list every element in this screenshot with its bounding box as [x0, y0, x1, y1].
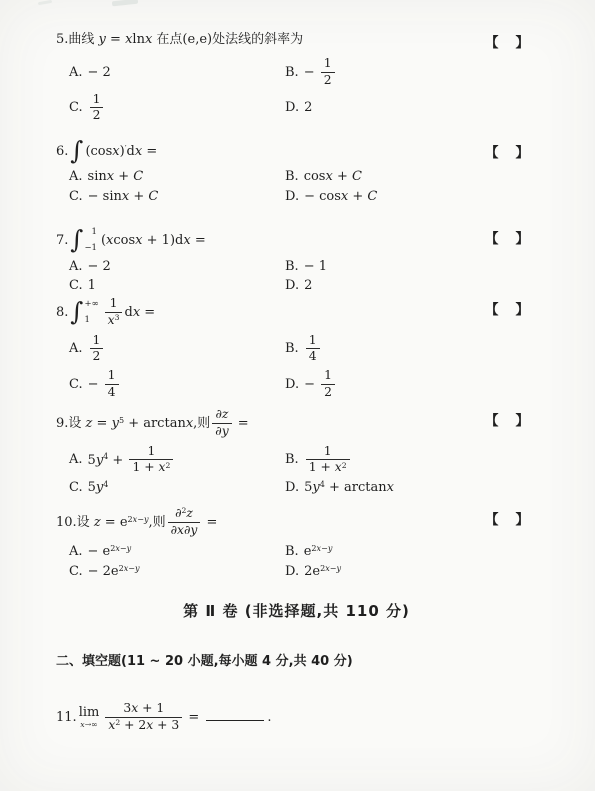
question-7: 7.∫1−1(xcosx + 1)dx = 【 】 A.− 2 B.− 1 C.… — [56, 226, 537, 293]
bracket-close-icon: 】 — [516, 31, 530, 51]
integral: ∫ — [70, 140, 83, 163]
option-label: C. — [69, 189, 83, 204]
option-a: A.− 2 — [69, 259, 285, 274]
option-a: A.12 — [69, 334, 285, 365]
option-c: C.− 2e2x−y — [69, 564, 285, 579]
question-stem: 8.∫+∞11x3dx = — [56, 297, 155, 328]
option-label: C. — [69, 564, 83, 579]
option-formula: 2e2x−y — [304, 564, 341, 579]
question-head: 5.曲线 y = xlnx 在点(e,e)处法线的斜率为 【 】 — [56, 30, 537, 51]
option-b: B.− 12 — [285, 57, 537, 88]
option-a: A.− e2x−y — [69, 544, 285, 559]
option-formula: sinx + C — [88, 169, 144, 184]
question-stem: 5.曲线 y = xlnx 在点(e,e)处法线的斜率为 — [56, 30, 303, 50]
option-label: B. — [285, 259, 299, 274]
options: A.− 2 B.− 1 C.1 D.2 — [56, 259, 537, 293]
fraction: 1x3 — [105, 297, 123, 328]
bracket-close-icon: 】 — [516, 409, 530, 429]
limit: limx→∞ — [79, 706, 100, 729]
fraction: 14 — [105, 369, 119, 400]
fill-in-section-heading: 二、填空题(11 ~ 20 小题,每小题 4 分,共 40 分) — [56, 650, 353, 669]
option-label: D. — [285, 564, 299, 579]
option-label: D. — [285, 100, 299, 115]
option-a: A.− 2 — [69, 65, 285, 80]
option-c: C.1 — [69, 278, 285, 293]
option-label: B. — [285, 65, 299, 80]
option-label: B. — [285, 452, 299, 467]
question-8: 8.∫+∞11x3dx = 【 】 A.12 B.14 C.− 14 D.− 1… — [56, 297, 537, 400]
option-formula: 2 — [304, 278, 312, 293]
integral: ∫1−1 — [70, 226, 99, 255]
fraction: 3x + 1x2 + 2x + 3 — [105, 702, 182, 733]
answer-brackets: 【 】 — [485, 141, 537, 161]
question-head: 8.∫+∞11x3dx = 【 】 — [56, 297, 537, 328]
option-c: C.− sinx + C — [69, 189, 285, 204]
bracket-open-icon: 【 — [485, 409, 499, 429]
options: A.5y4 + 11 + x2 B.11 + x2 C.5y4 D.5y4 + … — [56, 445, 537, 496]
option-formula: 12 — [88, 334, 106, 365]
option-label: D. — [285, 189, 299, 204]
option-b: B.e2x−y — [285, 544, 537, 559]
bracket-open-icon: 【 — [485, 31, 499, 51]
option-d: D.2 — [285, 278, 537, 293]
options: A.sinx + C B.cosx + C C.− sinx + C D.− c… — [56, 169, 537, 204]
answer-brackets: 【 】 — [485, 227, 537, 247]
option-d: D.2 — [285, 100, 537, 115]
option-formula: 5y4 + arctanx — [304, 480, 394, 495]
option-c: C.12 — [69, 93, 285, 124]
fraction: 12 — [90, 93, 104, 124]
option-formula: 5y4 — [88, 480, 109, 495]
exam-content: 5.曲线 y = xlnx 在点(e,e)处法线的斜率为 【 】 A.− 2 B… — [56, 0, 537, 791]
option-formula: 12 — [88, 93, 106, 124]
bracket-open-icon: 【 — [485, 508, 499, 528]
bracket-open-icon: 【 — [485, 298, 499, 318]
option-label: B. — [285, 169, 299, 184]
option-b: B.− 1 — [285, 259, 537, 274]
question-head: 7.∫1−1(xcosx + 1)dx = 【 】 — [56, 226, 537, 255]
option-b: B.14 — [285, 334, 537, 365]
scan-artifact — [38, 0, 52, 5]
option-label: C. — [69, 480, 83, 495]
option-a: A.5y4 + 11 + x2 — [69, 445, 285, 476]
question-head: 9.设 z = y5 + arctanx,则∂z∂y = 【 】 — [56, 408, 537, 439]
answer-brackets: 【 】 — [485, 31, 537, 51]
fraction: 14 — [306, 334, 320, 365]
option-label: D. — [285, 278, 299, 293]
option-label: A. — [69, 169, 83, 184]
fraction: 11 + x2 — [306, 445, 350, 476]
option-formula: 2 — [304, 100, 312, 115]
fraction: 11 + x2 — [129, 445, 173, 476]
question-head: 6.∫(cosx)′dx = 【 】 — [56, 140, 537, 163]
question-stem: 9.设 z = y5 + arctanx,则∂z∂y = — [56, 408, 249, 439]
integral: ∫+∞1 — [70, 298, 100, 327]
question-10: 10.设 z = e2x−y,则∂2z∂x∂y = 【 】 A.− e2x−y … — [56, 507, 537, 579]
option-label: A. — [69, 259, 83, 274]
question-11-formula: 11.limx→∞3x + 1x2 + 2x + 3 = . — [56, 710, 272, 725]
option-formula: 11 + x2 — [304, 445, 352, 476]
option-label: A. — [69, 341, 83, 356]
answer-brackets: 【 】 — [485, 409, 537, 429]
option-formula: 5y4 + 11 + x2 — [88, 445, 176, 476]
option-b: B.11 + x2 — [285, 445, 537, 476]
option-formula: − 2 — [88, 259, 111, 274]
fraction: 12 — [321, 57, 335, 88]
question-9: 9.设 z = y5 + arctanx,则∂z∂y = 【 】 A.5y4 +… — [56, 408, 537, 495]
option-formula: − cosx + C — [304, 189, 377, 204]
option-c: C.− 14 — [69, 369, 285, 400]
question-6: 6.∫(cosx)′dx = 【 】 A.sinx + C B.cosx + C… — [56, 140, 537, 204]
bracket-open-icon: 【 — [485, 227, 499, 247]
options: A.− 2 B.− 12 C.12 D.2 — [56, 57, 537, 123]
bracket-close-icon: 】 — [516, 298, 530, 318]
section-title: 第 Ⅱ 卷 (非选择题,共 110 分) — [56, 600, 537, 621]
option-label: A. — [69, 65, 83, 80]
option-formula: − 2e2x−y — [88, 564, 140, 579]
option-formula: − 2 — [88, 65, 111, 80]
option-b: B.cosx + C — [285, 169, 537, 184]
fraction: ∂z∂y — [212, 408, 231, 439]
option-label: A. — [69, 452, 83, 467]
option-formula: 14 — [304, 334, 322, 365]
option-formula: 1 — [88, 278, 96, 293]
option-formula: − 12 — [304, 57, 337, 88]
option-formula: − 1 — [304, 259, 327, 274]
bracket-open-icon: 【 — [485, 141, 499, 161]
option-formula: − sinx + C — [88, 189, 159, 204]
integral-sign: ∫ — [70, 301, 83, 324]
question-stem: 6.∫(cosx)′dx = — [56, 140, 157, 163]
answer-brackets: 【 】 — [485, 298, 537, 318]
scanned-exam-page: 5.曲线 y = xlnx 在点(e,e)处法线的斜率为 【 】 A.− 2 B… — [0, 0, 595, 791]
option-label: C. — [69, 278, 83, 293]
bracket-close-icon: 】 — [516, 227, 530, 247]
bracket-close-icon: 】 — [516, 141, 530, 161]
option-formula: − e2x−y — [88, 544, 132, 559]
answer-blank — [206, 709, 264, 721]
option-label: D. — [285, 480, 299, 495]
option-formula: − 12 — [304, 369, 337, 400]
option-d: D.5y4 + arctanx — [285, 480, 537, 495]
option-label: D. — [285, 377, 299, 392]
bracket-close-icon: 】 — [516, 508, 530, 528]
question-stem: 7.∫1−1(xcosx + 1)dx = — [56, 226, 206, 255]
option-c: C.5y4 — [69, 480, 285, 495]
option-label: C. — [69, 377, 83, 392]
question-head: 10.设 z = e2x−y,则∂2z∂x∂y = 【 】 — [56, 507, 537, 538]
option-label: B. — [285, 341, 299, 356]
option-d: D.− cosx + C — [285, 189, 537, 204]
option-label: A. — [69, 544, 83, 559]
answer-brackets: 【 】 — [485, 508, 537, 528]
option-formula: e2x−y — [304, 544, 333, 559]
option-d: D.2e2x−y — [285, 564, 537, 579]
fraction: 12 — [321, 369, 335, 400]
option-d: D.− 12 — [285, 369, 537, 400]
integral-sign: ∫ — [70, 140, 83, 163]
option-label: B. — [285, 544, 299, 559]
fraction: ∂2z∂x∂y — [168, 507, 201, 538]
options: A.− e2x−y B.e2x−y C.− 2e2x−y D.2e2x−y — [56, 544, 537, 579]
option-formula: cosx + C — [304, 169, 362, 184]
question-stem: 10.设 z = e2x−y,则∂2z∂x∂y = — [56, 507, 217, 538]
integral-sign: ∫ — [70, 229, 83, 252]
question-11: 11.limx→∞3x + 1x2 + 2x + 3 = . — [56, 702, 272, 733]
option-formula: − 14 — [88, 369, 121, 400]
option-label: C. — [69, 100, 83, 115]
options: A.12 B.14 C.− 14 D.− 12 — [56, 334, 537, 400]
fraction: 12 — [90, 334, 104, 365]
question-5: 5.曲线 y = xlnx 在点(e,e)处法线的斜率为 【 】 A.− 2 B… — [56, 30, 537, 123]
option-a: A.sinx + C — [69, 169, 285, 184]
